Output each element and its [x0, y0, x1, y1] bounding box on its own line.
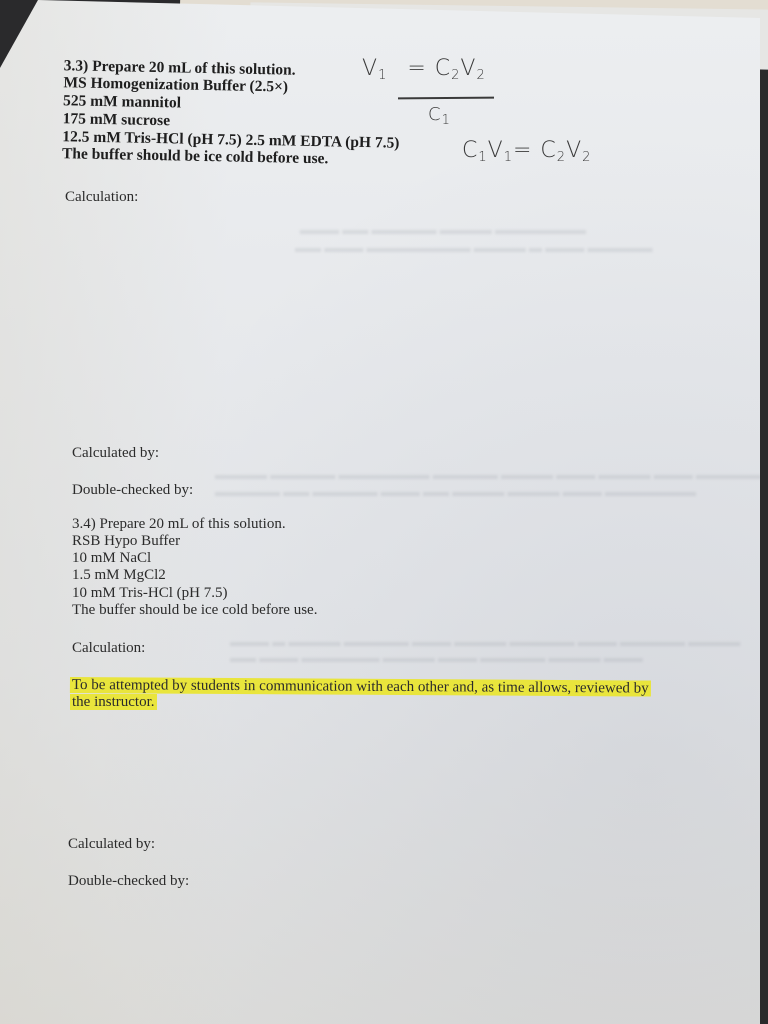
component-tris-hcl: 10 mM Tris-HCl (pH 7.5): [72, 585, 227, 602]
component-mannitol: 525 mM mannitol: [63, 92, 181, 112]
bleed-through-text: ▬▬▬ ▬▬ ▬▬▬▬▬ ▬▬▬▬ ▬▬▬▬▬▬▬: [300, 222, 586, 238]
bleed-through-text: ▬▬ ▬▬▬ ▬▬▬▬▬▬▬▬ ▬▬▬▬ ▬ ▬▬▬ ▬▬▬▬▬: [295, 240, 653, 256]
section-3-4-note: The buffer should be ice cold before use…: [72, 602, 317, 619]
section-3-3-double-checked-by-label: Double-checked by:: [72, 482, 193, 499]
component-mgcl2: 1.5 mM MgCl2: [72, 567, 166, 584]
section-3-4-calculated-by-label: Calculated by:: [68, 836, 155, 853]
bleed-through-text: ▬▬▬▬▬ ▬▬ ▬▬▬▬▬ ▬▬▬ ▬▬ ▬▬▬▬ ▬▬▬▬ ▬▬▬ ▬▬▬▬…: [215, 484, 696, 500]
section-3-4-calculation-label: Calculation:: [72, 640, 145, 657]
highlighted-instruction-line-1: To be attempted by students in communica…: [70, 677, 651, 698]
section-3-3-calculation-label: Calculation:: [65, 189, 138, 206]
section-3-3-calculated-by-label: Calculated by:: [72, 445, 159, 462]
handwritten-formula-v1: V1 = C2V2: [362, 56, 486, 83]
section-3-4-buffer-name: RSB Hypo Buffer: [72, 533, 180, 550]
handwritten-denominator: C1: [428, 104, 451, 128]
bleed-through-text: ▬▬▬▬ ▬▬▬▬▬ ▬▬▬▬▬▬▬ ▬▬▬▬▬ ▬▬▬▬ ▬▬▬ ▬▬▬▬ ▬…: [215, 467, 761, 483]
component-nacl: 10 mM NaCl: [72, 550, 151, 567]
handwritten-formula-c1v1: C1V1= C2V2: [462, 138, 591, 165]
worksheet-page: ▬▬▬ ▬▬ ▬▬▬▬▬ ▬▬▬▬ ▬▬▬▬▬▬▬ ▬▬ ▬▬▬ ▬▬▬▬▬▬▬…: [0, 0, 760, 1024]
bleed-through-text: ▬▬ ▬▬▬ ▬▬▬▬▬▬ ▬▬▬▬ ▬▬▬ ▬▬▬▬▬ ▬▬▬▬ ▬▬▬: [230, 650, 643, 666]
highlighted-instruction-line-2: the instructor.: [70, 694, 157, 711]
section-3-4-double-checked-by-label: Double-checked by:: [68, 873, 189, 890]
handwritten-fraction-bar: [398, 97, 494, 99]
section-3-3-note: The buffer should be ice cold before use…: [62, 145, 329, 168]
bleed-through-text: ▬▬▬ ▬ ▬▬▬▬ ▬▬▬▬▬ ▬▬▬ ▬▬▬▬ ▬▬▬▬▬ ▬▬▬ ▬▬▬▬…: [230, 634, 740, 650]
section-3-4-title: 3.4) Prepare 20 mL of this solution.: [72, 516, 286, 533]
component-sucrose: 175 mM sucrose: [63, 110, 171, 130]
